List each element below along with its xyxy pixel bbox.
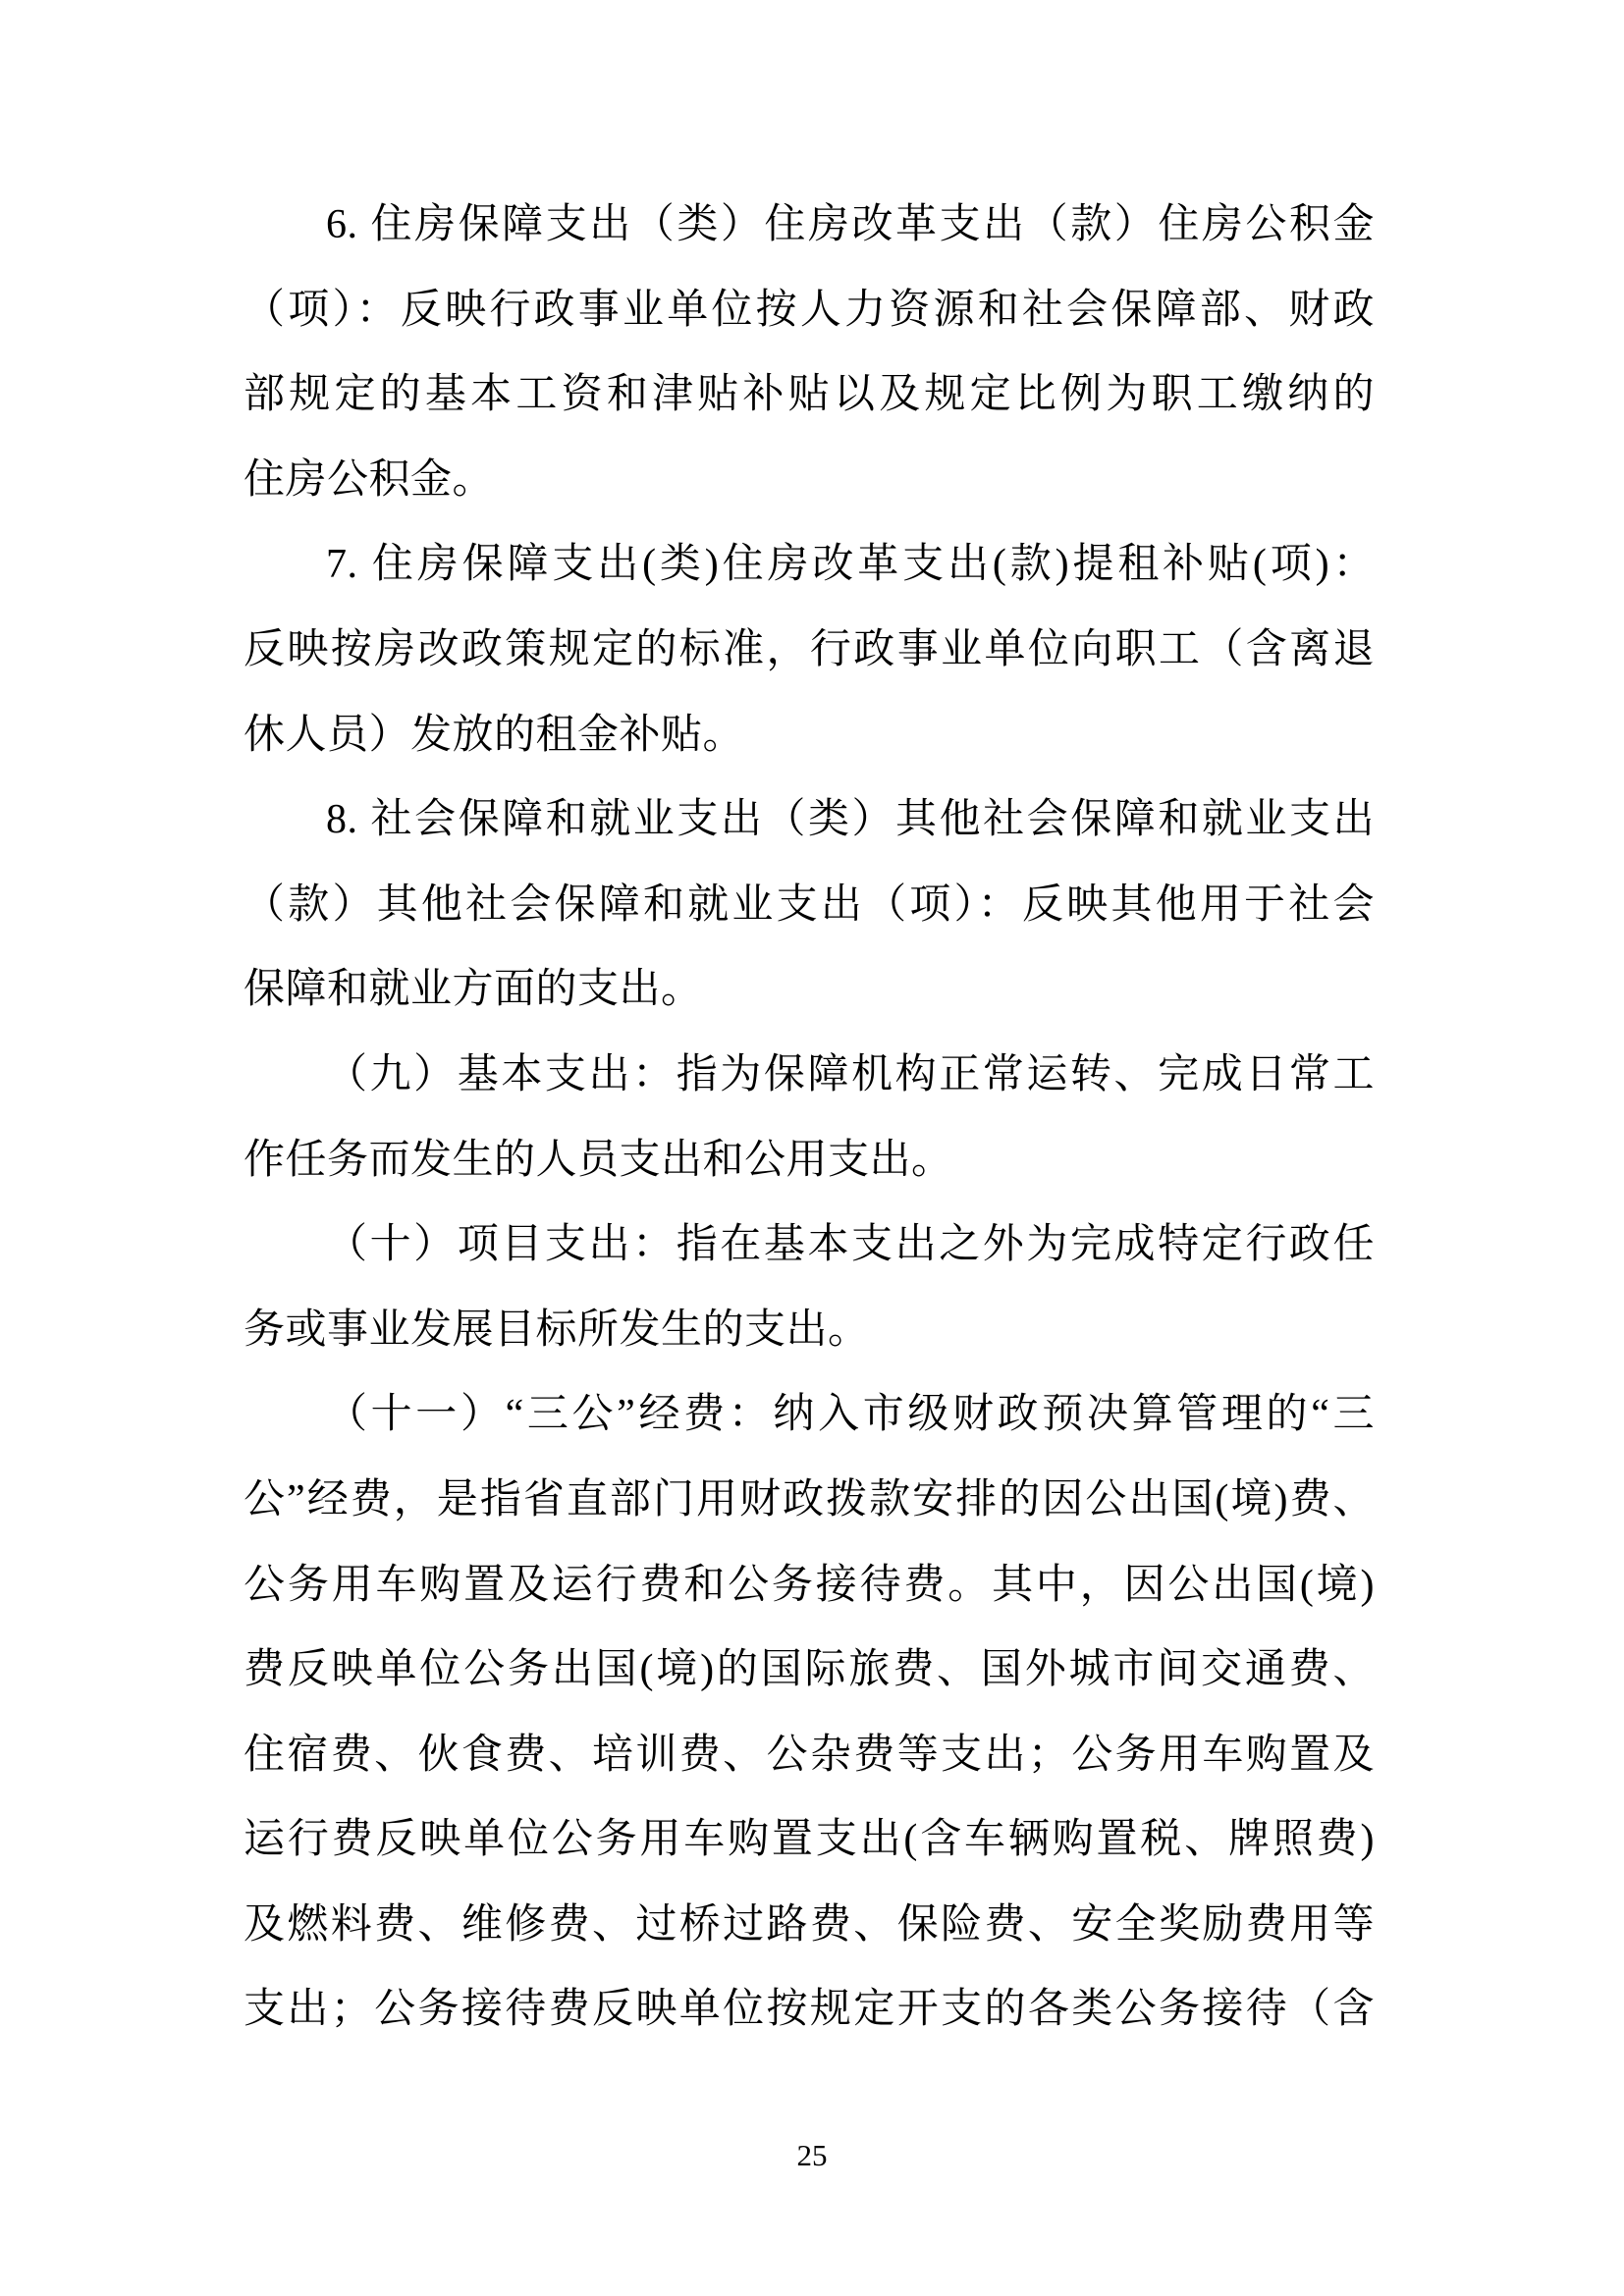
text-line: （九）基本支出：指为保障机构正常运转、完成日常工 <box>244 1033 1375 1118</box>
text-line: （款）其他社会保障和就业支出（项）：反映其他用于社会 <box>244 863 1375 948</box>
text-line: 休人员）发放的租金补贴。 <box>244 693 1375 778</box>
text-line: 作任务而发生的人员支出和公用支出。 <box>244 1118 1375 1203</box>
text-line: 6. 住房保障支出（类）住房改革支出（款）住房公积金 <box>244 183 1375 268</box>
paragraph: （九）基本支出：指为保障机构正常运转、完成日常工 作任务而发生的人员支出和公用支… <box>244 1033 1375 1202</box>
text-line: （十）项目支出：指在基本支出之外为完成特定行政任 <box>244 1202 1375 1288</box>
text-line: 反映按房改政策规定的标准，行政事业单位向职工（含离退 <box>244 608 1375 693</box>
text-line: （十一）“三公”经费：纳入市级财政预决算管理的“三 <box>244 1372 1375 1458</box>
text-line: （项）：反映行政事业单位按人力资源和社会保障部、财政 <box>244 268 1375 353</box>
text-line: 8. 社会保障和就业支出（类）其他社会保障和就业支出 <box>244 777 1375 863</box>
paragraph: 6. 住房保障支出（类）住房改革支出（款）住房公积金 （项）：反映行政事业单位按… <box>244 183 1375 522</box>
text-line: 支出；公务接待费反映单位按规定开支的各类公务接待（含 <box>244 1967 1375 2053</box>
text-line: 运行费反映单位公务用车购置支出(含车辆购置税、牌照费) <box>244 1797 1375 1883</box>
text-line: 费反映单位公务出国(境)的国际旅费、国外城市间交通费、 <box>244 1628 1375 1713</box>
text-line: 公”经费，是指省直部门用财政拨款安排的因公出国(境)费、 <box>244 1458 1375 1543</box>
text-line: 务或事业发展目标所发生的支出。 <box>244 1288 1375 1373</box>
paragraph: （十一）“三公”经费：纳入市级财政预决算管理的“三 公”经费，是指省直部门用财政… <box>244 1372 1375 2053</box>
text-line: 7. 住房保障支出(类)住房改革支出(款)提租补贴(项)： <box>244 522 1375 608</box>
paragraph: 8. 社会保障和就业支出（类）其他社会保障和就业支出 （款）其他社会保障和就业支… <box>244 777 1375 1033</box>
text-line: 住宿费、伙食费、培训费、公杂费等支出；公务用车购置及 <box>244 1713 1375 1798</box>
text-line: 公务用车购置及运行费和公务接待费。其中，因公出国(境) <box>244 1543 1375 1629</box>
document-page: 6. 住房保障支出（类）住房改革支出（款）住房公积金 （项）：反映行政事业单位按… <box>0 0 1624 2296</box>
paragraph: 7. 住房保障支出(类)住房改革支出(款)提租补贴(项)： 反映按房改政策规定的… <box>244 522 1375 777</box>
text-line: 部规定的基本工资和津贴补贴以及规定比例为职工缴纳的 <box>244 352 1375 438</box>
paragraph: （十）项目支出：指在基本支出之外为完成特定行政任 务或事业发展目标所发生的支出。 <box>244 1202 1375 1372</box>
page-number: 25 <box>0 2136 1624 2175</box>
text-line: 及燃料费、维修费、过桥过路费、保险费、安全奖励费用等 <box>244 1883 1375 1968</box>
document-body-text: 6. 住房保障支出（类）住房改革支出（款）住房公积金 （项）：反映行政事业单位按… <box>244 183 1375 2053</box>
text-line: 住房公积金。 <box>244 438 1375 523</box>
text-line: 保障和就业方面的支出。 <box>244 947 1375 1033</box>
